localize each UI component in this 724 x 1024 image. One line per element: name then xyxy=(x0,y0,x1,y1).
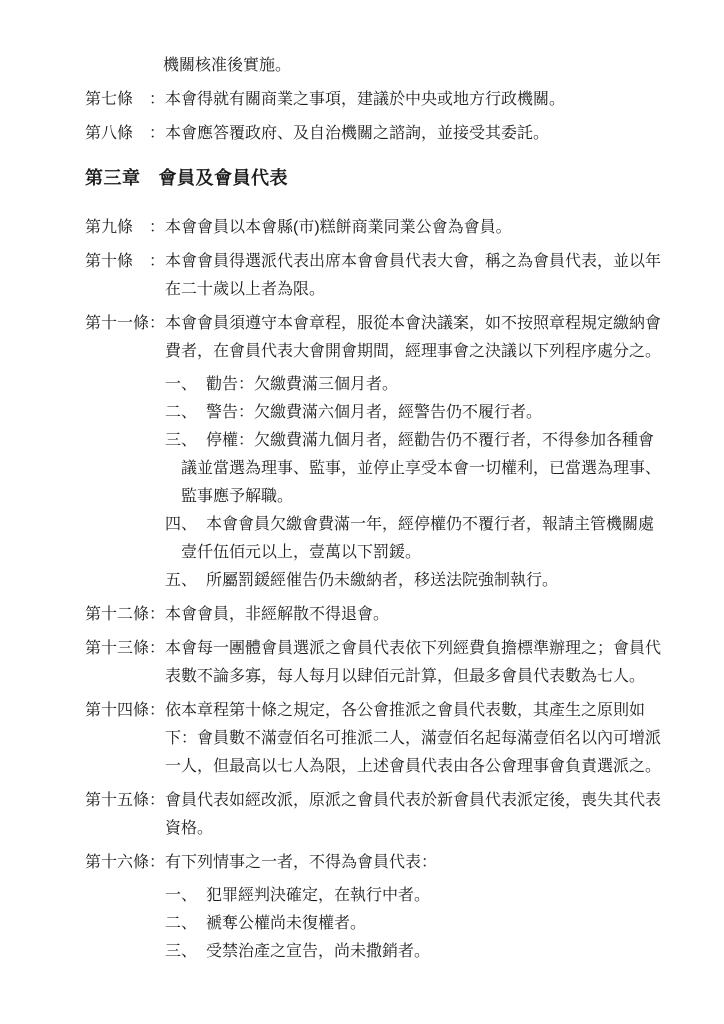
article-row: 第十五條：會員代表如經改派，原派之會員代表於新會員代表派定後，喪失其代表資格。 xyxy=(85,787,672,843)
article-sub-item: 五、所屬罰鍰經催告仍未繳納者，移送法院強制執行。 xyxy=(165,567,667,595)
sub-item-text: 停權：欠繳費滿九個月者，經勸告仍不覆行者，不得參加各種會議並當選為理事、監事，並… xyxy=(181,432,661,505)
article-text: 本會會員得選派代表出席本會會員代表大會，稱之為會員代表，並以年在二十歲以上者為限… xyxy=(165,253,661,298)
sub-item-number: 二、 xyxy=(165,404,197,421)
sub-item-number: 五、 xyxy=(165,572,197,589)
article-sub-item: 二、褫奪公權尚未復權者。 xyxy=(165,910,437,938)
article-body: 依本章程第十條之規定，各公會推派之會員代表數，其產生之原則如下：會員數不滿壹佰名… xyxy=(165,697,667,781)
article-body: 本會得就有關商業之事項，建議於中央或地方行政機關。 xyxy=(165,86,565,114)
sub-item-number: 一、 xyxy=(165,887,197,904)
article-item-list: 一、勸告：欠繳費滿三個月者。二、警告：欠繳費滿六個月者，經警告仍不履行者。三、停… xyxy=(165,371,667,595)
article-sub-item: 一、勸告：欠繳費滿三個月者。 xyxy=(165,371,667,399)
article-label: 第十六條 xyxy=(85,849,149,877)
article-text: 依本章程第十條之規定，各公會推派之會員代表數，其產生之原則如下：會員數不滿壹佰名… xyxy=(165,702,661,775)
article-colon: ： xyxy=(149,787,165,815)
article-sub-item: 三、停權：欠繳費滿九個月者，經勸告仍不覆行者，不得參加各種會議並當選為理事、監事… xyxy=(165,427,667,511)
sub-item-number: 三、 xyxy=(165,943,197,960)
article-row: 第十二條：本會會員，非經解散不得退會。 xyxy=(85,601,672,629)
article-row: 第十條：本會會員得選派代表出席本會會員代表大會，稱之為會員代表，並以年在二十歲以… xyxy=(85,248,672,304)
article-colon: ： xyxy=(149,120,165,148)
article-text: 本會會員以本會縣(市)糕餅商業同業公會為會員。 xyxy=(165,219,512,236)
article-body: 有下列情事之一者，不得為會員代表：一、犯罪經判決確定，在執行中者。二、褫奪公權尚… xyxy=(165,849,437,966)
article-row: 第十六條：有下列情事之一者，不得為會員代表：一、犯罪經判決確定，在執行中者。二、… xyxy=(85,849,672,966)
article-body: 本會會員須遵守本會章程，服從本會決議案，如不按照章程規定繳納會費者，在會員代表大… xyxy=(165,310,667,595)
article-sub-item: 二、警告：欠繳費滿六個月者，經警告仍不履行者。 xyxy=(165,399,667,427)
sub-item-number: 二、 xyxy=(165,915,197,932)
sub-item-text: 本會會員欠繳會費滿一年，經停權仍不覆行者，報請主管機關處壹仟伍佰元以上，壹萬以下… xyxy=(181,516,654,561)
article-text: 本會每一團體會員選派之會員代表依下列經費負擔標準辦理之；會員代表數不論多寡，每人… xyxy=(165,640,661,685)
sub-item-number: 四、 xyxy=(165,516,197,533)
continuation-text: 機關核准後實施。 xyxy=(163,57,291,74)
article-row: 第八條：本會應答覆政府、及自治機關之諮詢，並接受其委託。 xyxy=(85,120,672,148)
article-label: 第九條 xyxy=(85,214,149,242)
chapter-title: 會員及會員代表 xyxy=(159,168,289,188)
article-body: 本會會員得選派代表出席本會會員代表大會，稱之為會員代表，並以年在二十歲以上者為限… xyxy=(165,248,667,304)
article-item-list: 一、犯罪經判決確定，在執行中者。二、褫奪公權尚未復權者。三、受禁治產之宣告，尚未… xyxy=(165,882,437,966)
article-body: 會員代表如經改派，原派之會員代表於新會員代表派定後，喪失其代表資格。 xyxy=(165,787,667,843)
article-label: 第十四條 xyxy=(85,697,149,725)
article-colon: ： xyxy=(149,697,165,725)
article-body: 本會會員，非經解散不得退會。 xyxy=(165,601,389,629)
article-body: 本會會員以本會縣(市)糕餅商業同業公會為會員。 xyxy=(165,214,512,242)
article-label: 第十五條 xyxy=(85,787,149,815)
article-row: 第十一條：本會會員須遵守本會章程，服從本會決議案，如不按照章程規定繳納會費者，在… xyxy=(85,310,672,595)
article-colon: ： xyxy=(149,214,165,242)
article-sub-item: 一、犯罪經判決確定，在執行中者。 xyxy=(165,882,437,910)
article-label: 第十條 xyxy=(85,248,149,276)
article-text: 本會會員須遵守本會章程，服從本會決議案，如不按照章程規定繳納會費者，在會員代表大… xyxy=(165,315,661,360)
sub-item-text: 勸告：欠繳費滿三個月者。 xyxy=(206,376,398,393)
article-text: 本會得就有關商業之事項，建議於中央或地方行政機關。 xyxy=(165,91,565,108)
article-text: 本會會員，非經解散不得退會。 xyxy=(165,606,389,623)
continuation-line: 機關核准後實施。 xyxy=(85,52,672,80)
article-body: 本會每一團體會員選派之會員代表依下列經費負擔標準辦理之；會員代表數不論多寡，每人… xyxy=(165,635,667,691)
sub-item-number: 三、 xyxy=(165,432,197,449)
article-colon: ： xyxy=(149,248,165,276)
document-content: 機關核准後實施。第七條：本會得就有關商業之事項，建議於中央或地方行政機關。第八條… xyxy=(0,0,724,966)
sub-item-text: 犯罪經判決確定，在執行中者。 xyxy=(206,887,430,904)
article-row: 第九條：本會會員以本會縣(市)糕餅商業同業公會為會員。 xyxy=(85,214,672,242)
article-label: 第七條 xyxy=(85,86,149,114)
sub-item-text: 褫奪公權尚未復權者。 xyxy=(206,915,366,932)
sub-item-text: 受禁治產之宣告，尚未撒銷者。 xyxy=(206,943,430,960)
article-label: 第十二條 xyxy=(85,601,149,629)
article-text: 本會應答覆政府、及自治機關之諮詢，並接受其委託。 xyxy=(165,125,549,142)
article-colon: ： xyxy=(149,601,165,629)
article-label: 第十三條 xyxy=(85,635,149,663)
sub-item-text: 所屬罰鍰經催告仍未繳納者，移送法院強制執行。 xyxy=(206,572,558,589)
chapter-number: 第三章 xyxy=(85,168,141,188)
article-label: 第十一條 xyxy=(85,310,149,338)
sub-item-number: 一、 xyxy=(165,376,197,393)
sub-item-text: 警告：欠繳費滿六個月者，經警告仍不履行者。 xyxy=(206,404,542,421)
article-colon: ： xyxy=(149,849,165,877)
article-body: 本會應答覆政府、及自治機關之諮詢，並接受其委託。 xyxy=(165,120,549,148)
chapter-heading: 第三章會員及會員代表 xyxy=(85,164,672,192)
article-colon: ： xyxy=(149,310,165,338)
article-row: 第七條：本會得就有關商業之事項，建議於中央或地方行政機關。 xyxy=(85,86,672,114)
article-colon: ： xyxy=(149,635,165,663)
document-page: 機關核准後實施。第七條：本會得就有關商業之事項，建議於中央或地方行政機關。第八條… xyxy=(0,0,724,1024)
article-row: 第十四條：依本章程第十條之規定，各公會推派之會員代表數，其產生之原則如下：會員數… xyxy=(85,697,672,781)
article-colon: ： xyxy=(149,86,165,114)
article-text: 有下列情事之一者，不得為會員代表： xyxy=(165,854,437,871)
article-sub-item: 三、受禁治產之宣告，尚未撒銷者。 xyxy=(165,938,437,966)
article-sub-item: 四、本會會員欠繳會費滿一年，經停權仍不覆行者，報請主管機關處壹仟伍佰元以上，壹萬… xyxy=(165,511,667,567)
article-row: 第十三條：本會每一團體會員選派之會員代表依下列經費負擔標準辦理之；會員代表數不論… xyxy=(85,635,672,691)
article-text: 會員代表如經改派，原派之會員代表於新會員代表派定後，喪失其代表資格。 xyxy=(165,792,661,837)
article-label: 第八條 xyxy=(85,120,149,148)
